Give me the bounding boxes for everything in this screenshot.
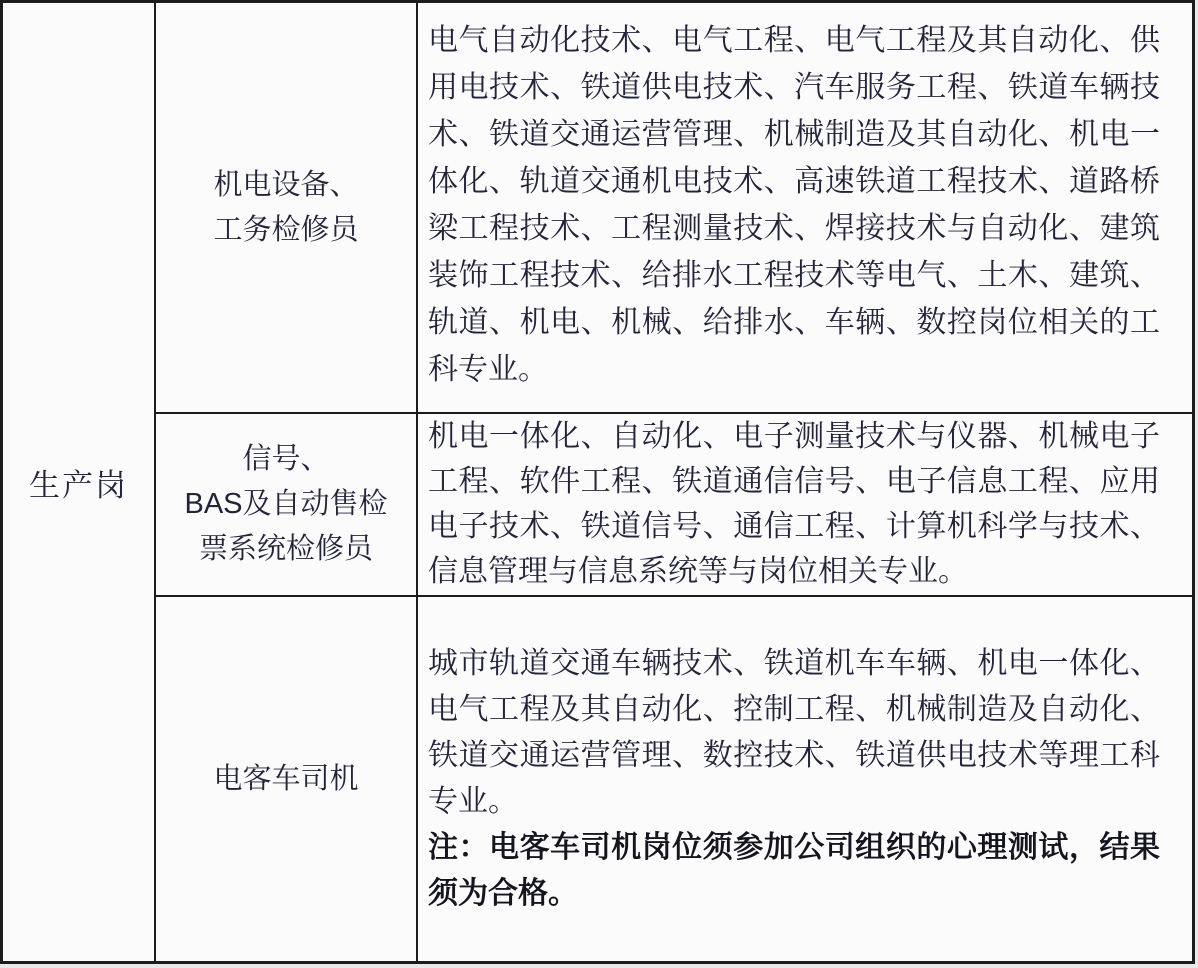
position-cell-signal-bas-afc-maintainer: 信号、 BAS及自动售检 票系统检修员 — [156, 414, 418, 597]
position-label: 信号、 BAS及自动售检 票系统检修员 — [184, 437, 387, 572]
note-text: 注：电客车司机岗位须参加公司组织的心理测试，结果须为合格。 — [428, 825, 1160, 917]
position-label: 电客车司机 — [213, 757, 358, 802]
majors-cell-signal-bas-afc-maintainer: 机电一体化、自动化、电子测量技术与仪器、机械电子工程、软件工程、铁道通信信号、电… — [418, 414, 1192, 597]
majors-text: 电气自动化技术、电气工程、电气工程及其自动化、供用电技术、铁道供电技术、汽车服务… — [428, 24, 1160, 386]
majors-text: 机电一体化、自动化、电子测量技术与仪器、机械电子工程、软件工程、铁道通信信号、电… — [428, 420, 1160, 588]
category-label: 生产岗 — [29, 460, 128, 505]
position-cell-train-driver: 电客车司机 — [156, 597, 418, 961]
recruitment-table: 生产岗 机电设备、 工务检修员 电气自动化技术、电气工程、电气工程及其自动化、供… — [0, 0, 1195, 964]
position-label: 机电设备、 工务检修员 — [213, 163, 358, 253]
category-cell: 生产岗 — [3, 3, 156, 961]
position-cell-mechanical-electrical-maintainer: 机电设备、 工务检修员 — [156, 3, 418, 414]
majors-text: 城市轨道交通车辆技术、铁道机车车辆、机电一体化、电气工程及其自动化、控制工程、机… — [428, 641, 1160, 825]
majors-cell-mechanical-electrical-maintainer: 电气自动化技术、电气工程、电气工程及其自动化、供用电技术、铁道供电技术、汽车服务… — [418, 3, 1192, 414]
majors-cell-train-driver: 城市轨道交通车辆技术、铁道机车车辆、机电一体化、电气工程及其自动化、控制工程、机… — [418, 597, 1192, 961]
